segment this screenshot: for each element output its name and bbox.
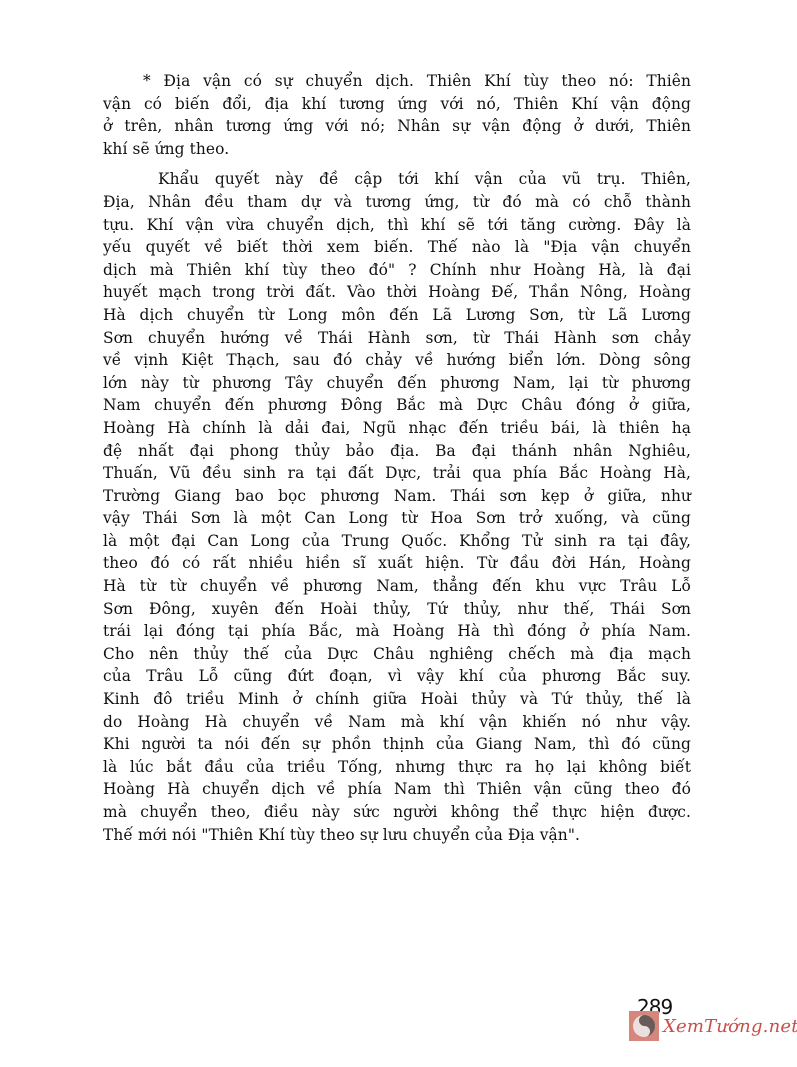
text-line: là lúc bắt đầu của triều Tống, nhưng thự… (103, 756, 691, 779)
text-line: là một đại Can Long của Trung Quốc. Khổn… (103, 530, 691, 553)
text-line: khí sẽ ứng theo. (103, 138, 691, 161)
text-line: Hoàng Hà chuyển dịch về phía Nam thì Thi… (103, 778, 691, 801)
paragraph-gap (103, 160, 691, 168)
text-line: tựu. Khí vận vừa chuyển dịch, thì khí sẽ… (103, 214, 691, 237)
text-line: vậy Thái Sơn là một Can Long từ Hoa Sơn … (103, 507, 691, 530)
page-text: * Địa vận có sự chuyển dịch. Thiên Khí t… (103, 70, 691, 846)
footnote-paragraph: * Địa vận có sự chuyển dịch. Thiên Khí t… (103, 70, 691, 160)
text-line: theo đó có rất nhiều hiền sĩ xuất hiện. … (103, 552, 691, 575)
text-line: mà chuyển theo, điều này sức người không… (103, 801, 691, 824)
text-line: Cho nên thủy thế của Dực Châu nghiêng ch… (103, 643, 691, 666)
yin-yang-icon (633, 1015, 655, 1037)
watermark-text: XemTướng.net (663, 1016, 797, 1037)
text-line: lớn này từ phương Tây chuyển đến phương … (103, 372, 691, 395)
watermark: XemTướng.net (629, 1009, 797, 1043)
text-line: dịch mà Thiên khí tùy theo đó" ? Chính n… (103, 259, 691, 282)
text-line: Hà dịch chuyển từ Long môn đến Lã Lương … (103, 304, 691, 327)
text-line: ở trên, nhân tương ứng với nó; Nhân sự v… (103, 115, 691, 138)
text-line: Thuấn, Vũ đều sinh ra tại đất Dực, trải … (103, 462, 691, 485)
text-line: trái lại đóng tại phía Bắc, mà Hoàng Hà … (103, 620, 691, 643)
text-line: yếu quyết về biết thời xem biến. Thế nào… (103, 236, 691, 259)
text-line: Khẩu quyết này đề cập tới khí vận của vũ… (103, 168, 691, 191)
text-line: Sơn chuyển hướng về Thái Hành sơn, từ Th… (103, 327, 691, 350)
text-line: Khi người ta nói đến sự phồn thịnh của G… (103, 733, 691, 756)
text-line: Nam chuyển đến phương Đông Bắc mà Dực Ch… (103, 394, 691, 417)
text-line: huyết mạch trong trời đất. Vào thời Hoàn… (103, 281, 691, 304)
text-line: do Hoàng Hà chuyển về Nam mà khí vận khi… (103, 711, 691, 734)
text-line: của Trâu Lỗ cũng đứt đoạn, vì vậy khí củ… (103, 665, 691, 688)
text-line: Hoàng Hà chính là dải đai, Ngũ nhạc đến … (103, 417, 691, 440)
body-paragraph: Khẩu quyết này đề cập tới khí vận của vũ… (103, 168, 691, 846)
text-line: đệ nhất đại phong thủy bảo địa. Ba đại t… (103, 440, 691, 463)
book-page: * Địa vận có sự chuyển dịch. Thiên Khí t… (0, 0, 797, 1067)
text-line: Sơn Đông, xuyên đến Hoài thủy, Tứ thủy, … (103, 598, 691, 621)
text-line: Địa, Nhân đều tham dự và tương ứng, từ đ… (103, 191, 691, 214)
text-line: * Địa vận có sự chuyển dịch. Thiên Khí t… (103, 70, 691, 93)
text-line: Trường Giang bao bọc phương Nam. Thái sơ… (103, 485, 691, 508)
watermark-logo (629, 1011, 659, 1041)
text-line: Hà từ từ chuyển về phương Nam, thẳng đến… (103, 575, 691, 598)
text-line: vận có biến đổi, địa khí tương ứng với n… (103, 93, 691, 116)
text-line: Thế mới nói "Thiên Khí tùy theo sự lưu c… (103, 824, 691, 847)
text-line: Kinh đô triều Minh ở chính giữa Hoài thủ… (103, 688, 691, 711)
text-line: về vịnh Kiệt Thạch, sau đó chảy về hướng… (103, 349, 691, 372)
